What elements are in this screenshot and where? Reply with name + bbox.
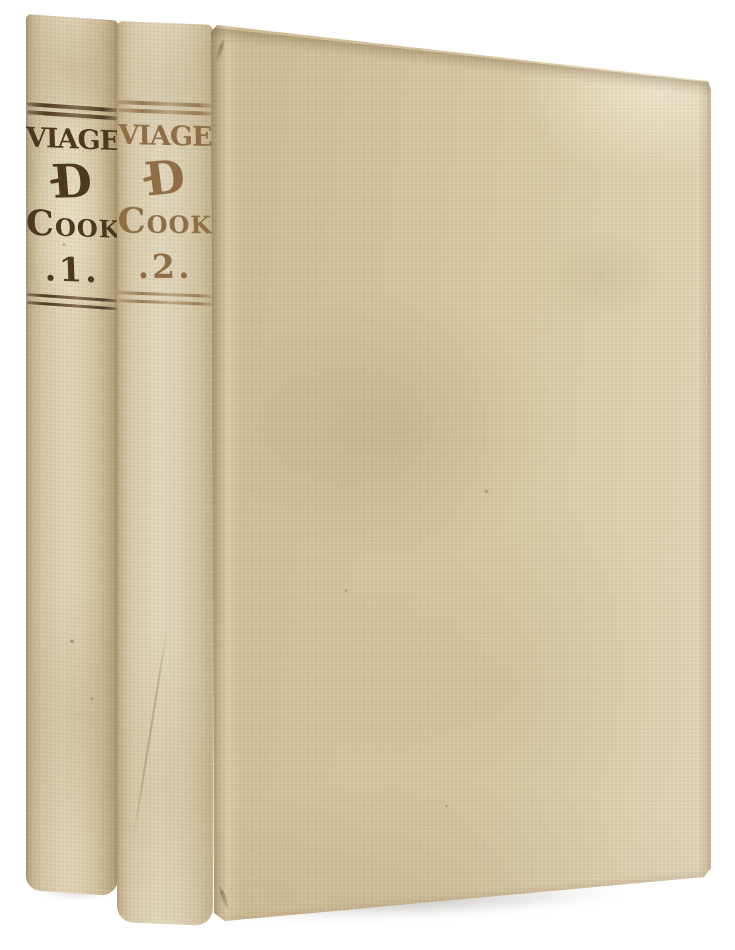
photo-canvas: VIAGE D COOK .1. VIAGE D COOK .2. [0, 0, 735, 950]
book-volume-1-spine: VIAGE D COOK .1. [26, 14, 118, 896]
book-volume-2-front-cover [211, 24, 712, 923]
vellum-texture [211, 24, 712, 923]
spine-initial-letter: D [26, 156, 118, 206]
spine-head-rule-2 [27, 110, 117, 120]
spine-title-block-volume-2: VIAGE D COOK .2. [117, 100, 213, 310]
cover-joint-groove [211, 24, 241, 923]
spine-title-block-volume-1: VIAGE D COOK .1. [26, 102, 118, 315]
cover-fore-edge-shading [698, 24, 712, 923]
spine-head-rule-2 [118, 108, 212, 115]
spine-initial-letter: D [117, 150, 213, 206]
spine-volume-number: .1. [26, 247, 118, 292]
spine-tail-rule-2 [118, 299, 212, 306]
spine-author-text: COOK [26, 204, 118, 248]
spine-tail-rule-1 [27, 293, 117, 303]
spine-title-text: VIAGE [117, 120, 213, 152]
spine-tail-rule-1 [118, 291, 212, 298]
cover-top-edge-shading [205, 27, 735, 101]
spine-volume-number: .2. [117, 245, 213, 288]
spine-head-rule-1 [118, 100, 212, 107]
book-volume-2-spine: VIAGE D COOK .2. [117, 21, 213, 926]
spine-author-text: COOK [117, 202, 213, 244]
spine-tail-rule-2 [27, 301, 117, 311]
spine-title-text: VIAGE [26, 123, 118, 157]
vellum-crease [131, 624, 168, 845]
